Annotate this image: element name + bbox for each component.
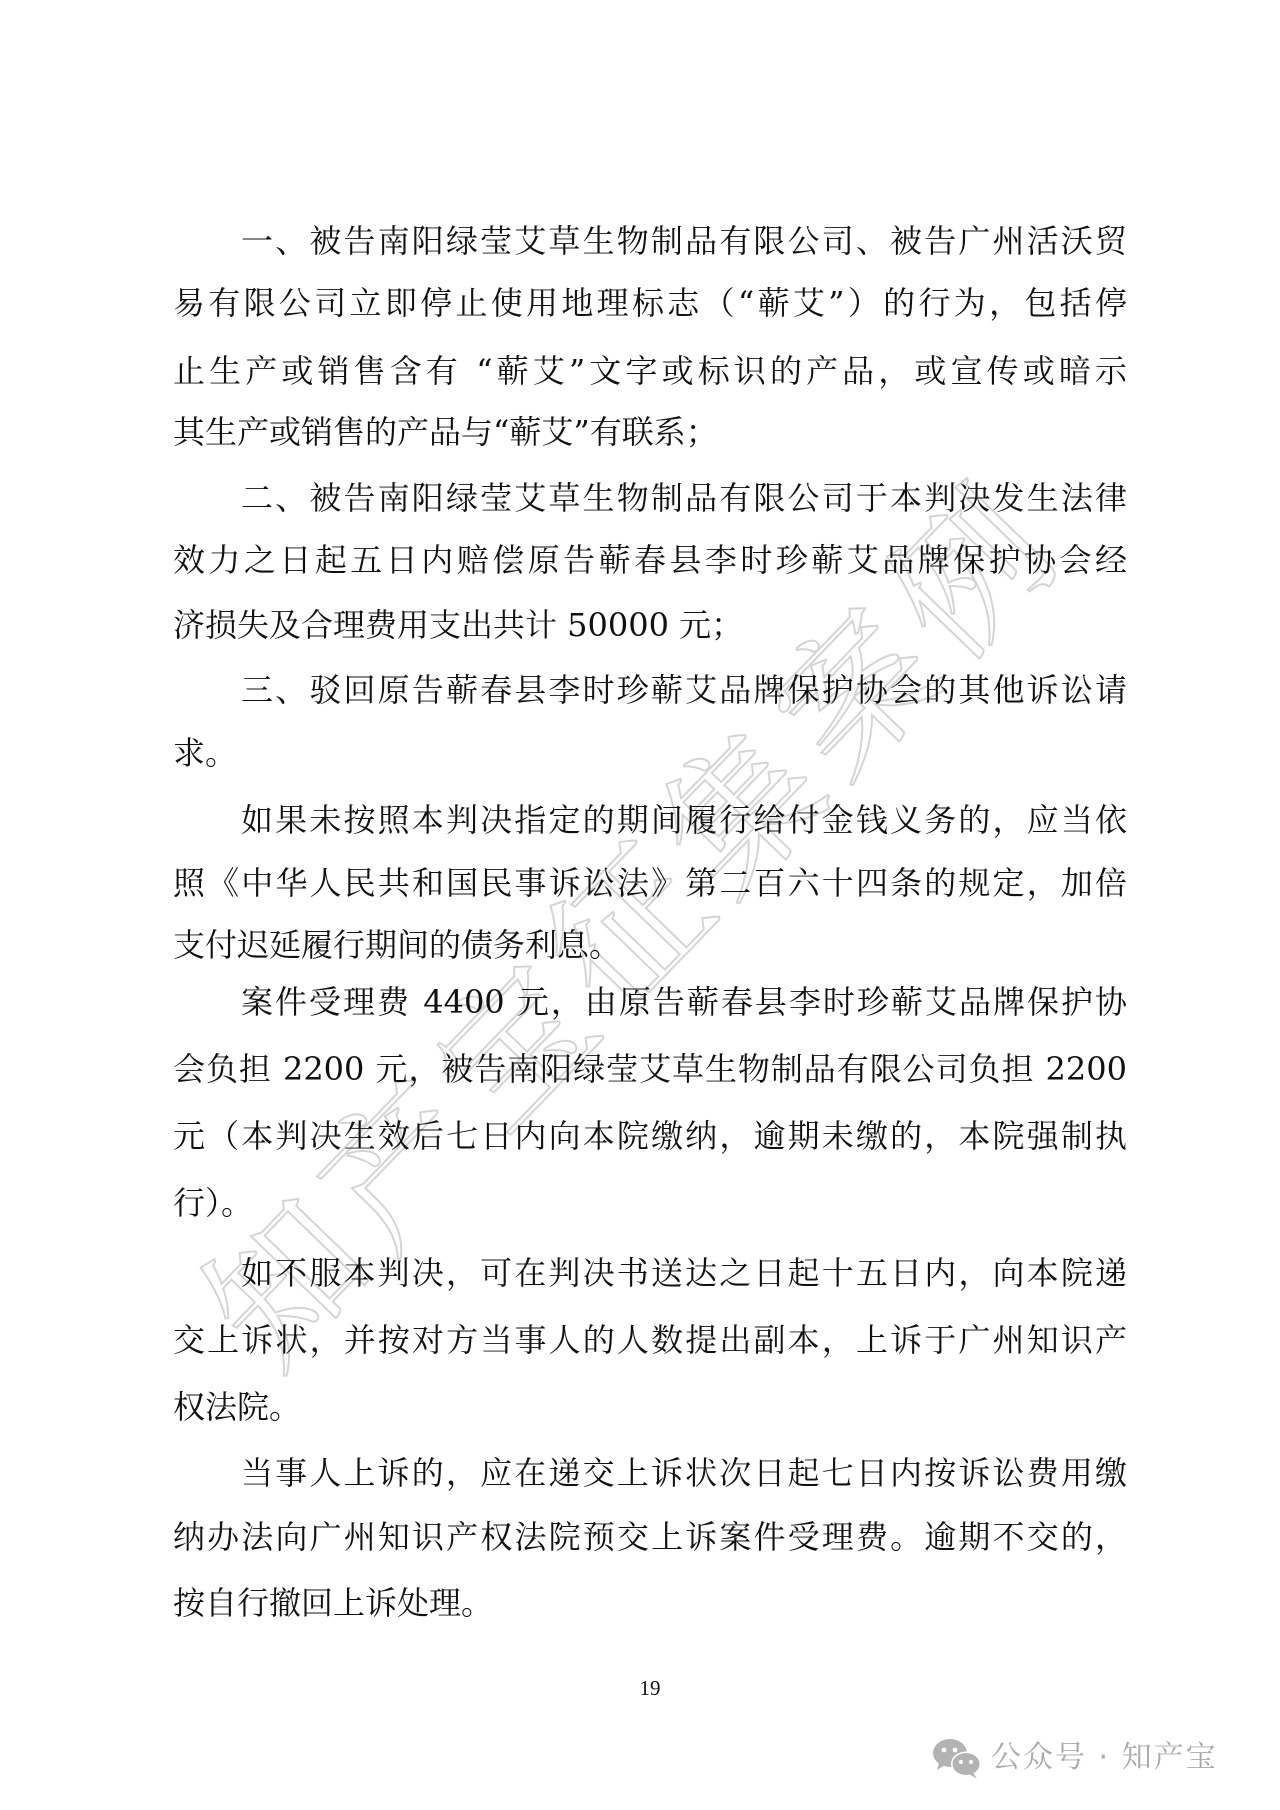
paragraph-5-line-4: 行）。 xyxy=(173,1183,1127,1223)
paragraph-5-line-2: 会负担 2200 元，被告南阳绿莹艾草生物制品有限公司负担 2200 xyxy=(173,1049,1127,1089)
paragraph-4-line-3: 支付迟延履行期间的债务利息。 xyxy=(173,925,1127,965)
paragraph-5-line-1: 案件受理费 4400 元，由原告蕲春县李时珍蕲艾品牌保护协 xyxy=(241,982,1127,1022)
paragraph-1-line-3: 止生产或销售含有 “蕲艾”文字或标识的产品，或宣传或暗示 xyxy=(173,351,1127,391)
paragraph-2-line-3: 济损失及合理费用支出共计 50000 元； xyxy=(173,605,1127,645)
paragraph-3-line-2: 求。 xyxy=(173,733,1127,773)
paragraph-6-line-2: 交上诉状，并按对方当事人的人数提出副本，上诉于广州知识产 xyxy=(173,1320,1127,1360)
paragraph-1-line-1: 一、被告南阳绿莹艾草生物制品有限公司、被告广州活沃贸 xyxy=(241,221,1127,261)
paragraph-4-line-1: 如果未按照本判决指定的期间履行给付金钱义务的，应当依 xyxy=(241,800,1127,840)
paragraph-7-line-3: 按自行撤回上诉处理。 xyxy=(173,1583,1127,1623)
paragraph-5-line-3: 元（本判决生效后七日内向本院缴纳，逾期未缴的，本院强制执 xyxy=(173,1116,1127,1156)
judgment-body: 一、被告南阳绿莹艾草生物制品有限公司、被告广州活沃贸 易有限公司立即停止使用地理… xyxy=(0,0,1280,1810)
document-page: 知产宝征集案例 一、被告南阳绿莹艾草生物制品有限公司、被告广州活沃贸 易有限公司… xyxy=(0,0,1280,1810)
paragraph-1-line-4: 其生产或销售的产品与“蕲艾”有联系； xyxy=(173,412,1127,452)
paragraph-4-line-2: 照《中华人民共和国民事诉讼法》第二百六十四条的规定，加倍 xyxy=(173,863,1127,903)
paragraph-1-line-2: 易有限公司立即停止使用地理标志（“蕲艾”）的行为，包括停 xyxy=(173,283,1127,323)
paragraph-7-line-1: 当事人上诉的，应在递交上诉状次日起七日内按诉讼费用缴 xyxy=(241,1453,1127,1493)
paragraph-2-line-1: 二、被告南阳绿莹艾草生物制品有限公司于本判决发生法律 xyxy=(241,478,1127,518)
paragraph-6-line-1: 如不服本判决，可在判决书送达之日起十五日内，向本院递 xyxy=(241,1253,1127,1293)
paragraph-2-line-2: 效力之日起五日内赔偿原告蕲春县李时珍蕲艾品牌保护协会经 xyxy=(173,540,1127,580)
paragraph-6-line-3: 权法院。 xyxy=(173,1387,1127,1427)
paragraph-7-line-2: 纳办法向广州知识产权法院预交上诉案件受理费。逾期不交的， xyxy=(173,1517,1127,1557)
paragraph-3-line-1: 三、驳回原告蕲春县李时珍蕲艾品牌保护协会的其他诉讼请 xyxy=(241,670,1127,710)
